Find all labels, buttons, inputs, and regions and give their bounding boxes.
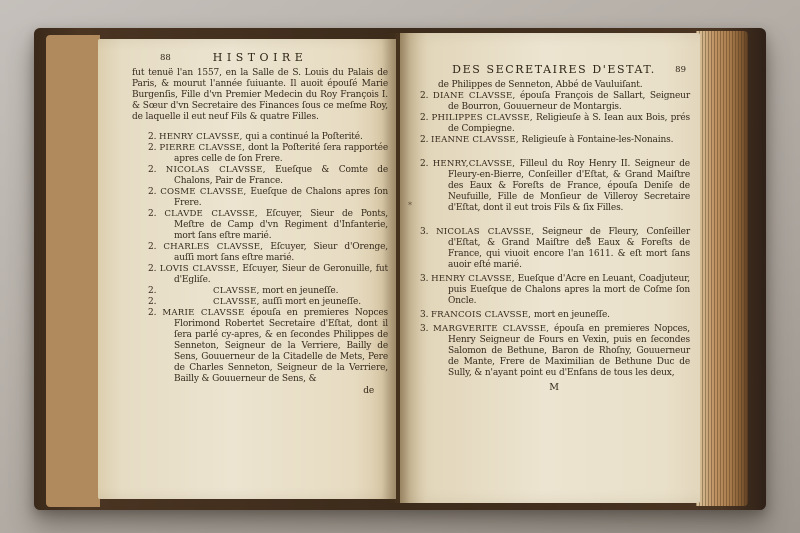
- genealogy-entry: 2. LOVIS CLAVSSE, Eſcuyer, Sieur de Gero…: [148, 264, 388, 286]
- page-number-right: 89: [675, 65, 686, 75]
- genealogy-entry: 2. NICOLAS CLAVSSE, Eueſque & Comte de C…: [148, 165, 388, 187]
- genealogy-entry: 3. FRANCOIS CLAVSSE, mort en jeuneſſe.: [420, 310, 690, 321]
- entry-name: IEANNE CLAVSSE,: [431, 135, 519, 145]
- genealogy-entry: 3. MARGVERITE CLAVSSE, épouſa en premier…: [420, 324, 690, 379]
- entry-text: mort en jeuneſſe.: [262, 286, 338, 296]
- genealogy-entry: 2. PIERRE CLAVSSE, dont la Poſterité ſer…: [148, 143, 388, 165]
- entry-name: HENRY,CLAVSSE,: [433, 159, 515, 169]
- entry-number: 2.: [420, 159, 428, 169]
- entry-name: LOVIS CLAVSSE,: [160, 264, 239, 274]
- genealogy-entry: 2. CLAVSSE, mort en jeuneſſe.: [148, 286, 388, 297]
- genealogy-entry: 2. HENRY CLAVSSE, qui a continué la Poſt…: [148, 132, 388, 143]
- running-title-right: DES SECRETAIRES D'ESTAT.: [418, 63, 690, 76]
- third-generation-block: 3. NICOLAS CLAVSSE, Seigneur de Fleury, …: [418, 227, 690, 379]
- entry-name: MARGVERITE CLAVSSE,: [433, 324, 549, 334]
- left-page: 88 HISTOIRE fut tenuë l'an 1557, en la S…: [98, 39, 396, 499]
- genealogy-entry: 2. CLAVDE CLAVSSE, Eſcuyer, Sieur de Pon…: [148, 209, 388, 242]
- photo-backdrop: 88 HISTOIRE fut tenuë l'an 1557, en la S…: [0, 0, 800, 533]
- entry-number: 2.: [148, 132, 156, 142]
- left-page-header: 88 HISTOIRE: [132, 51, 388, 64]
- entry-text: mort en jeuneſſe.: [534, 310, 610, 320]
- genealogy-entry: 2. CHARLES CLAVSSE, Eſcuyer, Sieur d'Ore…: [148, 242, 388, 264]
- signature-mark: M: [418, 382, 690, 393]
- genealogy-entry: 2. COSME CLAVSSE, Eueſque de Chalons apr…: [148, 187, 388, 209]
- genealogy-entry: 2. PHILIPPES CLAVSSE, Religieuſe à S. Ie…: [420, 113, 690, 135]
- entry-number: 2.: [148, 297, 156, 307]
- entry-number: 2.: [148, 242, 156, 252]
- page-number-left: 88: [160, 53, 171, 63]
- entry-number: 2.: [420, 113, 428, 123]
- entry-name: CLAVDE CLAVSSE,: [164, 209, 257, 219]
- genealogy-entry: 2. IEANNE CLAVSSE, Religieuſe à Fontaine…: [420, 135, 690, 146]
- entry-name: CHARLES CLAVSSE,: [163, 242, 263, 252]
- entry-name: COSME CLAVSSE,: [160, 187, 246, 197]
- entry-number: 2.: [148, 165, 156, 175]
- genealogy-entry: 2. DIANE CLAVSSE, épouſa François de Sal…: [420, 91, 690, 113]
- entry-name: HENRY CLAVSSE,: [431, 274, 515, 284]
- entry-name: HENRY CLAVSSE,: [159, 132, 243, 142]
- genealogy-entry: 2. CLAVSSE, auſſi mort en jeuneſſe.: [148, 297, 388, 308]
- entry-text: auſſi mort en jeuneſſe.: [262, 297, 361, 307]
- entry-name: DIANE CLAVSSE,: [433, 91, 516, 101]
- margin-mark: *: [408, 201, 412, 210]
- entry-text: épouſa en premieres Nopces Florimond Rob…: [174, 308, 388, 384]
- entry-name: PHILIPPES CLAVSSE,: [432, 113, 533, 123]
- entry-name: MARIE CLAVSSE: [162, 308, 244, 318]
- entry-number: 3.: [420, 324, 428, 334]
- entry-number: 3.: [420, 274, 428, 284]
- entry-number: 2.: [148, 308, 156, 318]
- catchword: de: [132, 386, 388, 397]
- entry-number: 2.: [148, 264, 156, 274]
- ink-speck: [586, 237, 590, 240]
- intro-paragraph: fut tenuë l'an 1557, en la Salle de S. L…: [132, 68, 388, 123]
- right-page: DES SECRETAIRES D'ESTAT. 89 de Philippes…: [400, 33, 700, 503]
- right-page-header: DES SECRETAIRES D'ESTAT. 89: [418, 63, 690, 76]
- entry-name: NICOLAS CLAVSSE,: [166, 165, 266, 175]
- genealogy-entry: 3. HENRY CLAVSSE, Eueſque d'Acre en Leua…: [420, 274, 690, 307]
- entry-number: 2.: [420, 135, 428, 145]
- genealogy-entry: 3. NICOLAS CLAVSSE, Seigneur de Fleury, …: [420, 227, 690, 271]
- right-fore-edge-stack: [696, 31, 748, 506]
- entry-number: 3.: [420, 310, 428, 320]
- entry-name: FRANCOIS CLAVSSE,: [431, 310, 531, 320]
- entry-name: CLAVSSE,: [213, 286, 260, 296]
- left-page-edge-stack: [46, 35, 100, 507]
- entry-number: 3.: [420, 227, 428, 237]
- entry-number: 2.: [148, 209, 156, 219]
- entry-number: 2.: [148, 187, 156, 197]
- entry-name: CLAVSSE,: [213, 297, 260, 307]
- entry-number: 2.: [148, 143, 156, 153]
- entry-number: 2.: [148, 286, 156, 296]
- entry-number: 2.: [420, 91, 428, 101]
- entry-name: PIERRE CLAVSSE,: [159, 143, 245, 153]
- entry-text: qui a continué la Poſterité.: [245, 132, 362, 142]
- entry-text: Religieuſe à Fontaine-les-Nonains.: [522, 135, 674, 145]
- entry-name: NICOLAS CLAVSSE,: [436, 227, 534, 237]
- open-book: 88 HISTOIRE fut tenuë l'an 1557, en la S…: [34, 28, 766, 510]
- genealogy-entry: 2. MARIE CLAVSSE épouſa en premieres Nop…: [148, 308, 388, 385]
- continuation-line: de Philippes de Senneton, Abbé de Vaului…: [438, 80, 690, 91]
- genealogy-entry: 2. HENRY,CLAVSSE, Filleul du Roy Henry I…: [420, 159, 690, 214]
